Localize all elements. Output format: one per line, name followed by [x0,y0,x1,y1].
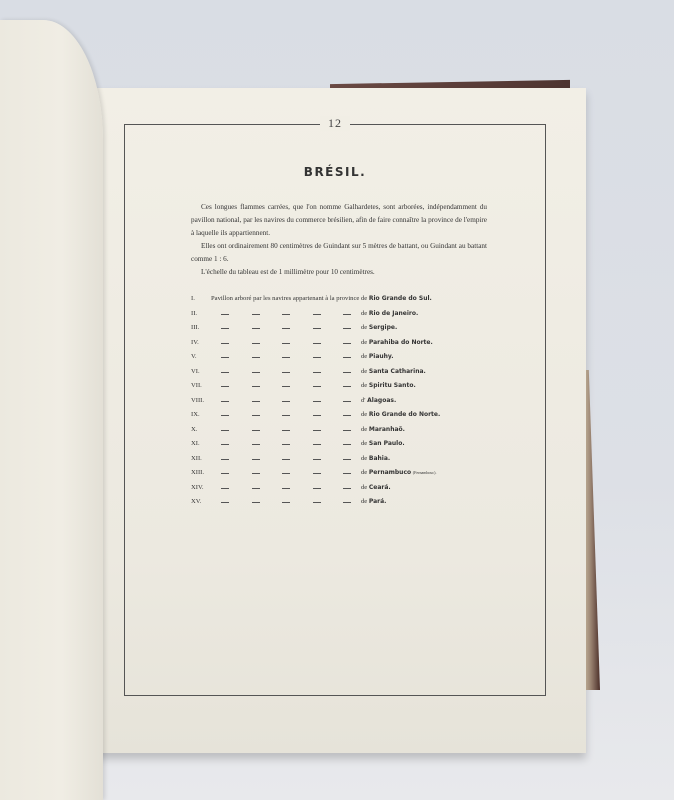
ditto-dashes [221,484,351,489]
entry-text: de Rio de Janeiro. [361,310,418,317]
list-item: XIII.de Pernambuco (Fernambouc). [191,469,511,484]
list-item: XIV.de Ceará. [191,484,511,499]
ditto-dashes [221,368,351,373]
intro-text: Ces longues flammes carrées, que l'on no… [191,201,487,279]
province-name: Ceará. [369,484,391,491]
entry-number: VIII. [191,397,219,404]
entry-text: de Maranhaõ. [361,426,405,433]
province-note: (Fernambouc). [413,470,437,475]
list-item: XV.de Pará. [191,498,511,513]
entry-text: de Ceará. [361,484,391,491]
province-name: Alagoas. [367,397,396,404]
list-item: VIII.d' Alagoas. [191,397,511,412]
list-item: XII.de Bahia. [191,455,511,470]
entry-text: d' Alagoas. [361,397,396,404]
province-name: Rio de Janeiro. [369,310,418,317]
entry-text: de San Paulo. [361,440,405,447]
entry-number: IX. [191,411,219,418]
entry-text: de Parahiba do Norte. [361,339,433,346]
ditto-dashes [221,324,351,329]
ditto-dashes [221,339,351,344]
flag-list: I. Pavillon arboré par les navires appar… [191,295,511,513]
entry-text: de Bahia. [361,455,390,462]
entry-number: XII. [191,455,219,462]
province-name: Pernambuco [369,469,411,476]
entry-number: XV. [191,498,219,505]
entry-number: VII. [191,382,219,389]
intro-paragraph: Elles ont ordinairement 80 centimètres d… [191,240,487,266]
province-name: Parahiba do Norte. [369,339,433,346]
ditto-dashes [221,498,351,503]
page-title: BRÉSIL. [125,165,545,179]
ditto-dashes [221,440,351,445]
province-name: Spiritu Santo. [369,382,416,389]
entry-text: de Pernambuco (Fernambouc). [361,469,436,476]
list-item: V.de Piauhy. [191,353,511,368]
list-item: III.de Sergipe. [191,324,511,339]
entry-number: V. [191,353,219,360]
intro-paragraph: L'échelle du tableau est de 1 millimètre… [191,266,487,279]
entry-number: X. [191,426,219,433]
province-name: Rio Grande do Norte. [369,411,440,418]
ditto-dashes [221,469,351,474]
entry-number: XIV. [191,484,219,491]
list-item: VII.de Spiritu Santo. [191,382,511,397]
list-item: VI.de Santa Catharina. [191,368,511,383]
entry-number: XIII. [191,469,219,476]
entry-text: de Rio Grande do Norte. [361,411,440,418]
entry-text: de Piauhy. [361,353,394,360]
ditto-dashes [221,353,351,358]
list-item: IX.de Rio Grande do Norte. [191,411,511,426]
ditto-dashes [221,310,351,315]
province-name: Rio Grande do Sul. [369,295,432,302]
book-cover-edge [586,370,600,690]
list-item: IV.de Parahiba do Norte. [191,339,511,354]
entry-text: de Spiritu Santo. [361,382,416,389]
page-number: 12 [320,116,350,131]
list-item: X.de Maranhaõ. [191,426,511,441]
entry-number: IV. [191,339,219,346]
list-item: XI.de San Paulo. [191,440,511,455]
entry-text: de Sergipe. [361,324,397,331]
province-name: Bahia. [369,455,390,462]
entry-number: III. [191,324,219,331]
list-item: I. Pavillon arboré par les navires appar… [191,295,511,310]
province-name: San Paulo. [369,440,405,447]
page-frame: 12 BRÉSIL. Ces longues flammes carrées, … [124,124,546,696]
entry-number: II. [191,310,219,317]
entry-number: VI. [191,368,219,375]
entry-text: Pavillon arboré par les navires apparten… [211,295,432,302]
ditto-dashes [221,382,351,387]
book-page: 12 BRÉSIL. Ces longues flammes carrées, … [82,88,586,753]
ditto-dashes [221,411,351,416]
province-name: Sergipe. [369,324,397,331]
ditto-dashes [221,397,351,402]
list-item: II.de Rio de Janeiro. [191,310,511,325]
entry-number: XI. [191,440,219,447]
province-name: Santa Catharina. [369,368,426,375]
intro-paragraph: Ces longues flammes carrées, que l'on no… [191,201,487,240]
entry-text: de Pará. [361,498,386,505]
ditto-dashes [221,426,351,431]
province-name: Maranhaõ. [369,426,405,433]
left-page-curl [0,20,103,800]
ditto-dashes [221,455,351,460]
province-name: Pará. [369,498,387,505]
province-name: Piauhy. [369,353,394,360]
entry-text: de Santa Catharina. [361,368,426,375]
